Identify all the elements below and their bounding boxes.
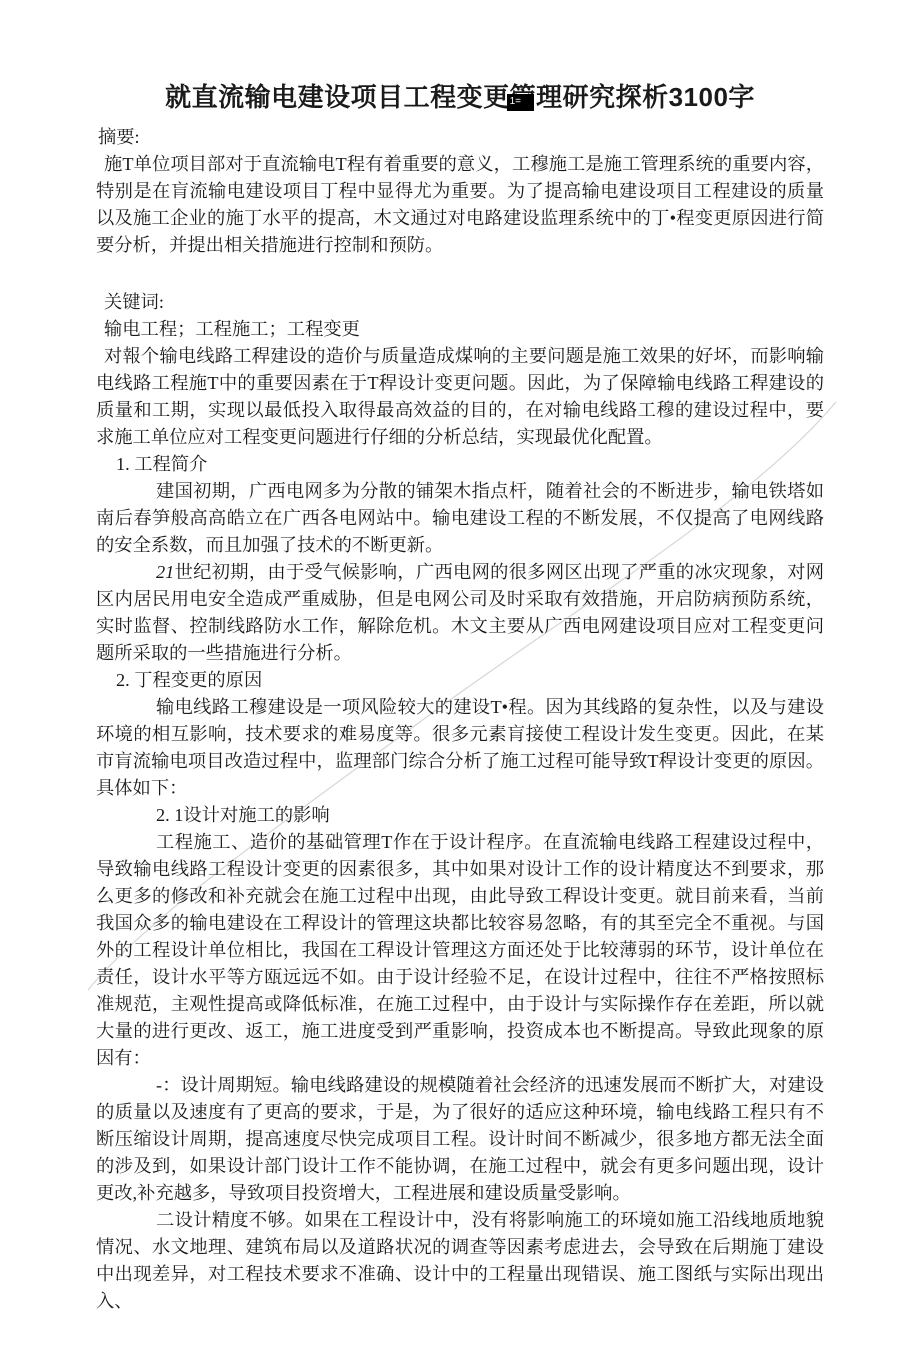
document-page: 就直流输电建设项目工程变更管1=理研究探析3100字 摘要: 施T单位项目部对于… xyxy=(0,0,920,1348)
title-text-left: 就直流输电建设项目工程变更 xyxy=(165,82,510,112)
paragraph-1-2-lead-number: 21 xyxy=(156,562,174,582)
title-text-right: 理研究探析3100字 xyxy=(536,82,755,112)
abstract-label: 摘要: xyxy=(96,124,824,151)
title-glitch-char: 管1= xyxy=(510,80,537,114)
keywords-label: 关键词: xyxy=(96,289,824,316)
paragraph-2-1: 输电线路工穆建设是一项风险较大的建设T•程。因为其线路的复杂性，以及与建设环境的… xyxy=(96,694,824,802)
abstract-paragraph: 施T单位项目部对于直流输电T程有着重要的意义，工穆施工是施工管理系统的重要内容，… xyxy=(96,151,824,259)
keywords-paragraph: 对報个输电线路工稈建设的造价与质量造成煤响的主要问题是施工效果的好坏，而影响输电… xyxy=(96,343,824,451)
paragraph-2-1-1: 工程施工、造价的基础管理T作在于设计程序。在直流输电线路工程建设过程中，导致输电… xyxy=(96,829,824,1072)
paragraph-design-precision: 二设计精度不够。如果在工程设计中，没有将影响施工的环境如施工沿线地质地貌情况、水… xyxy=(96,1207,824,1315)
paragraph-1-2: 21世纪初期，由于受气候影响，广西电网的很多网区出现了严重的冰灾现象，对网区内居… xyxy=(96,559,824,667)
section-heading-2: 2. 丁程变更的原因 xyxy=(96,667,824,694)
paragraph-1-2-text: 世纪初期，由于受气候影响，广西电网的很多网区出现了严重的冰灾现象，对网区内居民用… xyxy=(96,562,824,663)
keywords-list: 输电工程；工程施工；工程变更 xyxy=(96,316,824,343)
section-heading-1: 1. 工程简介 xyxy=(96,451,824,478)
document-content: 就直流输电建设项目工程变更管1=理研究探析3100字 摘要: 施T单位项目部对于… xyxy=(96,80,824,1315)
cursor-glitch-overlay: 1= xyxy=(507,94,534,111)
paragraph-design-cycle: -：设计周期短。输电线路建设的规模随着社会经济的迅速发展而不断扩大，对建设的质量… xyxy=(96,1072,824,1207)
page-title: 就直流输电建设项目工程变更管1=理研究探析3100字 xyxy=(96,80,824,114)
section-heading-2-1: 2. 1设计对施工的影响 xyxy=(96,802,824,829)
paragraph-1-1: 建国初期，广西电网多为分散的铺架木指点杆，随着社会的不断进步，输电铁塔如南后春笋… xyxy=(96,478,824,559)
